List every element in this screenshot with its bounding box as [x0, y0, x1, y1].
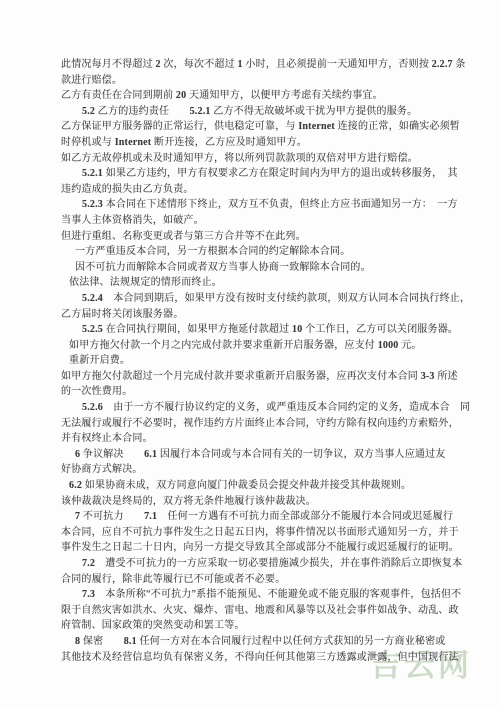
contract-line: 乙方保证甲方服务器的正常运行，供电稳定可靠，与 Internet 连接的正常，如…: [61, 119, 445, 135]
contract-clause-heading: 7.2 遭受不可抗力的一方应采取一切必要措施减少损失，并在事件消除后立即恢复本: [61, 556, 445, 572]
contract-line: 违约造成的损失由乙方负责。: [61, 182, 445, 198]
contract-section-heading: 7 不可抗力 7.1 任何一方遇有不可抗力而全部或部分不能履行本合同或迟延履行: [61, 509, 445, 525]
contract-line: 款进行赔偿。: [61, 73, 445, 89]
contract-line: 好协商方式解决。: [61, 462, 445, 478]
contract-clause-heading: 7.3 本条所称“不可抗力”系指不能预见、不能避免或不能克服的客观事件，包括但不: [61, 587, 445, 603]
contract-section-heading: 6 争议解决 6.1 因履行本合同或与本合同有关的一切争议，双方当事人应通过友: [61, 447, 445, 463]
contract-line: 本合同，应自不可抗力事件发生之日起五日内，将事件情况以书面形式通知另一方，并于: [61, 525, 445, 541]
contract-line: 重新开启费。: [61, 353, 445, 369]
contract-line: 此情况每月不得超过 2 次，每次不超过 1 小时，且必须提前一天通知甲方，否则按…: [61, 57, 445, 73]
contract-line: 如甲方拖欠付款一个月之内完成付款并要求重新开启服务器，应支付 1000 元。: [61, 338, 445, 354]
contract-line: 该仲裁裁决是终局的，双方将无条件地履行该仲裁裁决。: [61, 494, 445, 510]
contract-line: 因不可抗力而解除本合同或者双方当事人协商一致解除本合同的。: [61, 260, 445, 276]
contract-line: 限于自然灾害如洪水、火灾、爆炸、雷电、地震和风暴等以及社会事件如战争、动乱、政: [61, 603, 445, 619]
contract-line: 无法履行或履行不必要时，视作违约方片面终止本合同，守约方除有权向违约方索赔外，: [61, 416, 445, 432]
document-page: 吉云网 此情况每月不得超过 2 次，每次不超过 1 小时，且必须提前一天通知甲方…: [0, 0, 500, 708]
contract-clause-heading: 5.2.4 本合同到期后，如果甲方没有按时支付续约款项，则双方认同本合同执行终止…: [61, 291, 445, 307]
contract-line: 当事人主体资格消失，如破产。: [61, 213, 445, 229]
contract-line: 其他技术及经营信息均负有保密义务，不得向任何其他第三方透露或泄露，但中国现行法: [61, 650, 445, 666]
contract-line: 但进行重组、名称变更或者与第三方合并等不在此列。: [61, 229, 445, 245]
contract-line: 一方严重违反本合同，另一方根据本合同的约定解除本合同。: [61, 244, 445, 260]
contract-clause-heading: 5.2.6 由于一方不履行协议约定的义务，或严重违反本合同约定的义务，造成本合 …: [61, 400, 445, 416]
contract-clause-heading: 5.2 乙方的违约责任 5.2.1 乙方不得无故破坏或干扰为甲方提供的服务。: [61, 104, 445, 120]
contract-line: 合同的履行，除非此等履行已不可能或者不必要。: [61, 572, 445, 588]
contract-line: 时停机或与 Internet 断开连接，乙方应及时通知甲方。: [61, 135, 445, 151]
contract-body: 此情况每月不得超过 2 次，每次不超过 1 小时，且必须提前一天通知甲方，否则按…: [61, 57, 445, 665]
contract-line: 府管制、国家政策的突然变动和罢工等。: [61, 618, 445, 634]
contract-clause-heading: 6.2 如果协商未成，双方同意向厦门仲裁委员会提交仲裁并接受其仲裁规则。: [61, 478, 445, 494]
contract-line: 乙方届时将关闭该服务器。: [61, 307, 445, 323]
contract-section-heading: 8 保密 8.1 任何一方对在本合同履行过程中以任何方式获知的另一方商业秘密或: [61, 634, 445, 650]
contract-line: 如甲方拖欠付款超过一个月完成付款并要求重新开启服务器，应再次支付本合同 3-3 …: [61, 369, 445, 385]
contract-line: 乙方有责任在合同到期前 20 天通知甲方，以便甲方考虑有关续约事宜。: [61, 88, 445, 104]
contract-line: 的一次性费用。: [61, 384, 445, 400]
contract-line: 并有权终止本合同。: [61, 431, 445, 447]
contract-line: 如乙方无故停机或未及时通知甲方，将以所列罚款款项的双倍对甲方进行赔偿。: [61, 151, 445, 167]
contract-clause-heading: 5.2.5 在合同执行期间，如果甲方拖延付款超过 10 个工作日，乙方可以关闭服…: [61, 322, 445, 338]
contract-line: 事件发生之日起二十日内，向另一方提交导致其全部或部分不能履行或迟延履行的证明。: [61, 540, 445, 556]
contract-clause-heading: 5.2.3 本合同在下述情形下终止，双方互不负责，但终止方应书面通知另一方： 一…: [61, 197, 445, 213]
contract-line: 依法律、法规规定的情形而终止。: [61, 275, 445, 291]
contract-clause-heading: 5.2.1 如果乙方违约，甲方有权要求乙方在限定时间内为甲方的退出或转移服务， …: [61, 166, 445, 182]
